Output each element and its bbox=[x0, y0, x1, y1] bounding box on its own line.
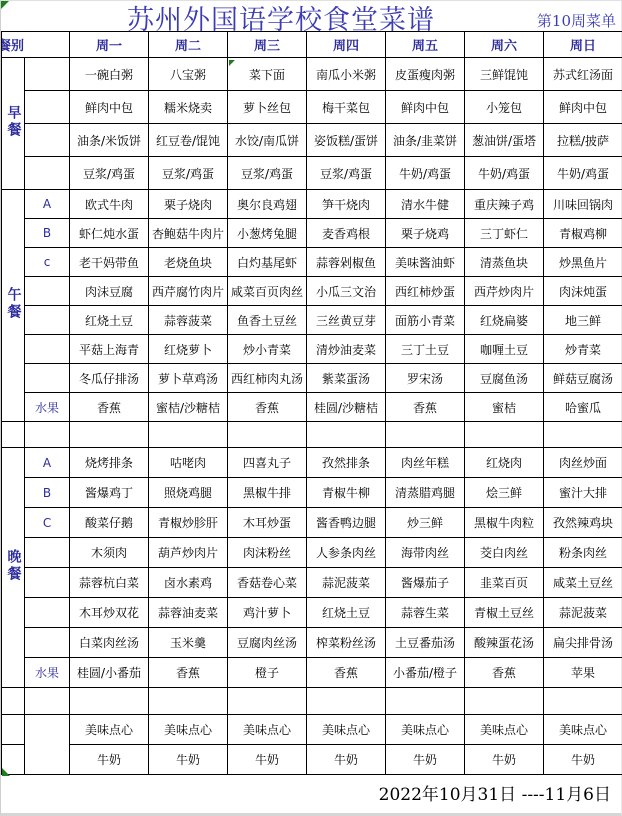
menu-cell: 蒜泥菠菜 bbox=[544, 598, 622, 628]
menu-cell: 烧烤排条 bbox=[70, 448, 149, 478]
menu-cell: 黑椒牛排 bbox=[228, 478, 307, 508]
menu-cell: 蒜蓉杭白菜 bbox=[70, 568, 149, 598]
menu-cell: 木耳炒双花 bbox=[70, 598, 149, 628]
menu-cell: 美味点心 bbox=[307, 715, 386, 745]
menu-cell bbox=[544, 688, 622, 715]
menu-cell: 鸡汁萝卜 bbox=[228, 598, 307, 628]
menu-row: 午餐A欧式牛肉栗子烧肉奥尔良鸡翅笋干烧肉清水牛健重庆辣子鸡川味回锅肉 bbox=[2, 190, 622, 219]
green-cell-marker-icon bbox=[229, 60, 235, 66]
menu-cell: 豆浆/鸡蛋 bbox=[307, 157, 386, 190]
menu-cell: 哈蜜瓜 bbox=[544, 393, 622, 422]
menu-row: 白菜肉丝汤玉米羹豆腐肉丝汤榨菜粉丝汤土豆番茄汤酸辣蛋花汤扁尖排骨汤 bbox=[2, 628, 622, 658]
menu-cell: 咖喱土豆 bbox=[465, 335, 544, 364]
menu-cell: 小番茄/橙子 bbox=[386, 658, 465, 688]
menu-cell: 拉糕/披萨 bbox=[544, 124, 622, 157]
menu-cell: 蒜泥菠菜 bbox=[307, 568, 386, 598]
meal-slot-label bbox=[25, 715, 70, 775]
meal-slot-label bbox=[25, 306, 70, 335]
menu-row bbox=[2, 688, 622, 715]
meal-slot-label bbox=[25, 628, 70, 658]
menu-cell: 肉丝年糕 bbox=[386, 448, 465, 478]
menu-cell: 水饺/南瓜饼 bbox=[228, 124, 307, 157]
menu-cell: 炒黑鱼片 bbox=[544, 248, 622, 277]
menu-cell: 重庆辣子鸡 bbox=[465, 190, 544, 219]
menu-row: 平菇上海青红烧萝卜炒小青菜清炒油麦菜三丁土豆咖喱土豆炒青菜 bbox=[2, 335, 622, 364]
menu-row: 木须肉葫芦炒肉片肉沫粉丝人参条肉丝海带肉丝茭白肉丝粉条肉丝 bbox=[2, 538, 622, 568]
green-corner-marker-icon bbox=[2, 768, 10, 776]
menu-cell: 豆浆/鸡蛋 bbox=[228, 157, 307, 190]
meal-section-label-text: 晚餐 bbox=[3, 549, 24, 583]
menu-cell: 蒜蓉菠菜 bbox=[149, 306, 228, 335]
menu-cell: 牛奶/鸡蛋 bbox=[544, 157, 622, 190]
menu-cell: 豆腐鱼汤 bbox=[465, 364, 544, 393]
menu-cell: 鲜肉中包 bbox=[386, 91, 465, 124]
menu-cell: 美味点心 bbox=[465, 715, 544, 745]
meal-slot-label bbox=[25, 58, 70, 91]
menu-cell: 菜下面 bbox=[228, 58, 307, 91]
menu-cell: 白菜肉丝汤 bbox=[70, 628, 149, 658]
menu-cell: 豆腐肉丝汤 bbox=[228, 628, 307, 658]
menu-cell: 牛奶 bbox=[465, 745, 544, 775]
menu-cell: 美味酱油虾 bbox=[386, 248, 465, 277]
menu-cell: 黑椒牛肉粒 bbox=[465, 508, 544, 538]
menu-cell: 木耳炒蛋 bbox=[228, 508, 307, 538]
menu-cell: 香蕉 bbox=[149, 658, 228, 688]
menu-cell: 咸菜百页肉丝 bbox=[228, 277, 307, 306]
menu-cell: 鲜菇豆腐汤 bbox=[544, 364, 622, 393]
menu-cell: 蒜蓉油麦菜 bbox=[149, 598, 228, 628]
meal-section-label-text: 早餐 bbox=[3, 105, 24, 139]
meal-section-label: 早餐 bbox=[2, 58, 25, 190]
menu-cell: 杏鲍菇牛肉片 bbox=[149, 219, 228, 248]
menu-cell: 炒青菜 bbox=[544, 335, 622, 364]
menu-cell: 南瓜小米粥 bbox=[307, 58, 386, 91]
meal-slot-label bbox=[25, 124, 70, 157]
green-corner-marker-icon bbox=[1, 1, 9, 9]
menu-row: 牛奶牛奶牛奶牛奶牛奶牛奶牛奶 bbox=[2, 745, 622, 775]
menu-cell: 桂圆/沙糖桔 bbox=[307, 393, 386, 422]
menu-cell: 鱼香土豆丝 bbox=[228, 306, 307, 335]
menu-cell: 红烧扁婆 bbox=[465, 306, 544, 335]
menu-cell: 清蒸腊鸡腿 bbox=[386, 478, 465, 508]
menu-cell: 三丝黄豆芽 bbox=[307, 306, 386, 335]
menu-cell: 美味点心 bbox=[228, 715, 307, 745]
menu-cell: 玉米羹 bbox=[149, 628, 228, 658]
menu-cell: 冬瓜仔排汤 bbox=[70, 364, 149, 393]
menu-row: 美味点心美味点心美味点心美味点心美味点心美味点心美味点心 bbox=[2, 715, 622, 745]
menu-cell: 粉条肉丝 bbox=[544, 538, 622, 568]
menu-cell: 糯米烧卖 bbox=[149, 91, 228, 124]
menu-cell: 皮蛋瘦肉粥 bbox=[386, 58, 465, 91]
menu-row: 早餐一碗白粥八宝粥菜下面南瓜小米粥皮蛋瘦肉粥三鲜馄饨苏式红汤面 bbox=[2, 58, 622, 91]
menu-cell bbox=[307, 688, 386, 715]
menu-cell: 老烧鱼块 bbox=[149, 248, 228, 277]
menu-cell: 紫菜蛋汤 bbox=[307, 364, 386, 393]
menu-cell: 肉沫粉丝 bbox=[228, 538, 307, 568]
menu-cell: 小笼包 bbox=[465, 91, 544, 124]
menu-cell: 笋干烧肉 bbox=[307, 190, 386, 219]
menu-cell: 虾仁炖水蛋 bbox=[70, 219, 149, 248]
menu-row: c老干妈带鱼老烧鱼块白灼基尾虾蒜蓉剁椒鱼美味酱油虾清蒸鱼块炒黑鱼片 bbox=[2, 248, 622, 277]
menu-cell: 榨菜粉丝汤 bbox=[307, 628, 386, 658]
menu-row: 红烧土豆蒜蓉菠菜鱼香土豆丝三丝黄豆芽面筋小青菜红烧扁婆地三鲜 bbox=[2, 306, 622, 335]
meal-slot-label bbox=[25, 598, 70, 628]
menu-cell: 西红柿炒蛋 bbox=[386, 277, 465, 306]
menu-cell: 豆浆/鸡蛋 bbox=[70, 157, 149, 190]
meal-slot-label bbox=[25, 688, 70, 715]
menu-cell: 炒三鲜 bbox=[386, 508, 465, 538]
menu-cell: 川味回锅肉 bbox=[544, 190, 622, 219]
menu-row: B酱爆鸡丁照烧鸡腿黑椒牛排青椒牛柳清蒸腊鸡腿烩三鲜蜜汁大排 bbox=[2, 478, 622, 508]
title-bar: 苏州外国语学校食堂菜谱 第10周菜单 bbox=[1, 1, 621, 31]
menu-cell bbox=[70, 422, 149, 448]
menu-cell: 橙子 bbox=[228, 658, 307, 688]
menu-cell: 酱爆鸡丁 bbox=[70, 478, 149, 508]
meal-slot-label: B bbox=[25, 478, 70, 508]
menu-cell: 酸辣蛋花汤 bbox=[465, 628, 544, 658]
menu-cell: 卤水素鸡 bbox=[149, 568, 228, 598]
meal-section-label: 晚餐 bbox=[2, 448, 25, 688]
menu-cell bbox=[386, 422, 465, 448]
menu-cell: 茭白肉丝 bbox=[465, 538, 544, 568]
menu-cell: 清水牛健 bbox=[386, 190, 465, 219]
menu-cell: 牛奶/鸡蛋 bbox=[465, 157, 544, 190]
meal-slot-label: 水果 bbox=[25, 393, 70, 422]
menu-cell: 鲜肉中包 bbox=[70, 91, 149, 124]
menu-cell: 红豆卷/馄饨 bbox=[149, 124, 228, 157]
menu-cell: 油条/韭菜饼 bbox=[386, 124, 465, 157]
meal-slot-label: B bbox=[25, 219, 70, 248]
menu-row: 木耳炒双花蒜蓉油麦菜鸡汁萝卜红烧土豆蒜蓉生菜青椒土豆丝蒜泥菠菜 bbox=[2, 598, 622, 628]
menu-cell bbox=[228, 422, 307, 448]
meal-slot-label bbox=[25, 422, 70, 448]
menu-cell bbox=[149, 422, 228, 448]
menu-cell: 牛奶 bbox=[307, 745, 386, 775]
meal-slot-label: c bbox=[25, 248, 70, 277]
menu-cell: 梅干菜包 bbox=[307, 91, 386, 124]
meal-slot-label bbox=[25, 277, 70, 306]
menu-cell: 牛奶 bbox=[228, 745, 307, 775]
menu-cell: 红烧肉 bbox=[465, 448, 544, 478]
menu-row: 豆浆/鸡蛋豆浆/鸡蛋豆浆/鸡蛋豆浆/鸡蛋牛奶/鸡蛋牛奶/鸡蛋牛奶/鸡蛋 bbox=[2, 157, 622, 190]
menu-cell bbox=[149, 688, 228, 715]
menu-cell: 平菇上海青 bbox=[70, 335, 149, 364]
meal-slot-label bbox=[25, 364, 70, 393]
menu-cell bbox=[70, 688, 149, 715]
menu-cell: 烩三鲜 bbox=[465, 478, 544, 508]
menu-cell: 萝卜草鸡汤 bbox=[149, 364, 228, 393]
menu-cell: 酱香鸭边腿 bbox=[307, 508, 386, 538]
menu-cell: 香蕉 bbox=[70, 393, 149, 422]
menu-cell: 香蕉 bbox=[307, 658, 386, 688]
menu-cell: 牛奶 bbox=[149, 745, 228, 775]
menu-cell: 欧式牛肉 bbox=[70, 190, 149, 219]
menu-cell: 三丁虾仁 bbox=[465, 219, 544, 248]
menu-cell: 蜜桔 bbox=[465, 393, 544, 422]
menu-cell: 美味点心 bbox=[544, 715, 622, 745]
menu-cell: 八宝粥 bbox=[149, 58, 228, 91]
menu-cell: 香蕉 bbox=[386, 393, 465, 422]
menu-cell: 牛奶 bbox=[386, 745, 465, 775]
menu-cell: 蜜桔/沙糖桔 bbox=[149, 393, 228, 422]
menu-cell: 孜然辣鸡块 bbox=[544, 508, 622, 538]
menu-cell: 香蕉 bbox=[228, 393, 307, 422]
menu-cell: 咸菜土豆丝 bbox=[544, 568, 622, 598]
menu-row: 肉沫豆腐西芹腐竹肉片咸菜百页肉丝小瓜三文治西红柿炒蛋西芹炒肉片肉沫炖蛋 bbox=[2, 277, 622, 306]
menu-cell: 扁尖排骨汤 bbox=[544, 628, 622, 658]
menu-cell: 姿饭糕/蛋饼 bbox=[307, 124, 386, 157]
menu-cell: 炒小青菜 bbox=[228, 335, 307, 364]
menu-cell: 桂圆/小番茄 bbox=[70, 658, 149, 688]
menu-cell: 葫芦炒肉片 bbox=[149, 538, 228, 568]
menu-cell: 奥尔良鸡翅 bbox=[228, 190, 307, 219]
menu-cell: 三丁土豆 bbox=[386, 335, 465, 364]
menu-cell: 苹果 bbox=[544, 658, 622, 688]
meal-section-label bbox=[2, 715, 25, 745]
date-range: 2022年10月31日 ----11月6日 bbox=[379, 780, 611, 805]
meal-slot-label bbox=[25, 568, 70, 598]
meal-slot-label bbox=[25, 157, 70, 190]
menu-cell: 面筋小青菜 bbox=[386, 306, 465, 335]
menu-cell: 红烧土豆 bbox=[70, 306, 149, 335]
menu-cell: 三鲜馄饨 bbox=[465, 58, 544, 91]
menu-cell bbox=[307, 422, 386, 448]
menu-row: C酸菜仔鹅青椒炒胗肝木耳炒蛋酱香鸭边腿炒三鲜黑椒牛肉粒孜然辣鸡块 bbox=[2, 508, 622, 538]
menu-cell: 香菇卷心菜 bbox=[228, 568, 307, 598]
menu-row: 蒜蓉杭白菜卤水素鸡香菇卷心菜蒜泥菠菜酱爆茄子韭菜百页咸菜土豆丝 bbox=[2, 568, 622, 598]
menu-cell: 木须肉 bbox=[70, 538, 149, 568]
menu-cell: 四喜丸子 bbox=[228, 448, 307, 478]
menu-cell: 韭菜百页 bbox=[465, 568, 544, 598]
meal-section-label: 午餐 bbox=[2, 190, 25, 422]
menu-cell: 蒜蓉剁椒鱼 bbox=[307, 248, 386, 277]
menu-cell: 小葱烤兔腿 bbox=[228, 219, 307, 248]
menu-cell: 白灼基尾虾 bbox=[228, 248, 307, 277]
menu-row: B虾仁炖水蛋杏鲍菇牛肉片小葱烤兔腿麦香鸡根栗子烧鸡三丁虾仁青椒鸡柳 bbox=[2, 219, 622, 248]
menu-cell: 土豆番茄汤 bbox=[386, 628, 465, 658]
menu-cell: 红烧土豆 bbox=[307, 598, 386, 628]
meal-section-label bbox=[2, 422, 25, 448]
meal-section-label bbox=[2, 688, 25, 715]
meal-slot-label bbox=[25, 335, 70, 364]
menu-cell: 西芹腐竹肉片 bbox=[149, 277, 228, 306]
menu-cell: 西芹炒肉片 bbox=[465, 277, 544, 306]
menu-cell: 苏式红汤面 bbox=[544, 58, 622, 91]
menu-cell: 肉沫豆腐 bbox=[70, 277, 149, 306]
menu-cell: 葱油饼/蛋塔 bbox=[465, 124, 544, 157]
menu-cell: 小瓜三文治 bbox=[307, 277, 386, 306]
menu-table: 餐别周一周二周三周四周五周六周日 早餐一碗白粥八宝粥菜下面南瓜小米粥皮蛋瘦肉粥三… bbox=[1, 31, 622, 775]
menu-cell: 一碗白粥 bbox=[70, 58, 149, 91]
menu-cell bbox=[386, 688, 465, 715]
menu-cell: 清炒油麦菜 bbox=[307, 335, 386, 364]
menu-cell bbox=[465, 422, 544, 448]
menu-cell: 牛奶/鸡蛋 bbox=[386, 157, 465, 190]
menu-cell: 咕咾肉 bbox=[149, 448, 228, 478]
menu-cell: 油条/米饭饼 bbox=[70, 124, 149, 157]
menu-cell: 香蕉 bbox=[465, 658, 544, 688]
menu-cell: 萝卜丝包 bbox=[228, 91, 307, 124]
menu-cell: 栗子烧肉 bbox=[149, 190, 228, 219]
menu-cell: 牛奶 bbox=[544, 745, 622, 775]
menu-cell bbox=[544, 422, 622, 448]
meal-slot-label bbox=[25, 91, 70, 124]
menu-sheet: 苏州外国语学校食堂菜谱 第10周菜单 餐别周一周二周三周四周五周六周日 早餐一碗… bbox=[0, 0, 622, 816]
week-label: 第10周菜单 bbox=[537, 10, 616, 31]
menu-cell: 牛奶 bbox=[70, 745, 149, 775]
menu-table-body: 早餐一碗白粥八宝粥菜下面南瓜小米粥皮蛋瘦肉粥三鲜馄饨苏式红汤面鲜肉中包糯米烧卖萝… bbox=[2, 58, 622, 775]
menu-cell: 人参条肉丝 bbox=[307, 538, 386, 568]
meal-slot-label: A bbox=[25, 448, 70, 478]
menu-cell: 蒜蓉生菜 bbox=[386, 598, 465, 628]
menu-row: 鲜肉中包糯米烧卖萝卜丝包梅干菜包鲜肉中包小笼包鲜肉中包 bbox=[2, 91, 622, 124]
menu-cell: 地三鲜 bbox=[544, 306, 622, 335]
meal-slot-label bbox=[25, 538, 70, 568]
menu-cell: 罗宋汤 bbox=[386, 364, 465, 393]
menu-cell: 美味点心 bbox=[70, 715, 149, 745]
menu-row: 水果桂圆/小番茄香蕉橙子香蕉小番茄/橙子香蕉苹果 bbox=[2, 658, 622, 688]
menu-cell: 孜然排条 bbox=[307, 448, 386, 478]
menu-cell: 西红柿肉丸汤 bbox=[228, 364, 307, 393]
menu-row: 水果香蕉蜜桔/沙糖桔香蕉桂圆/沙糖桔香蕉蜜桔哈蜜瓜 bbox=[2, 393, 622, 422]
page-title: 苏州外国语学校食堂菜谱 bbox=[1, 0, 561, 37]
menu-cell: 红烧萝卜 bbox=[149, 335, 228, 364]
menu-cell: 酱爆茄子 bbox=[386, 568, 465, 598]
meal-slot-label: 水果 bbox=[25, 658, 70, 688]
menu-cell: 豆浆/鸡蛋 bbox=[149, 157, 228, 190]
menu-cell: 照烧鸡腿 bbox=[149, 478, 228, 508]
menu-row bbox=[2, 422, 622, 448]
menu-cell: 肉丝炒面 bbox=[544, 448, 622, 478]
menu-cell: 蜜汁大排 bbox=[544, 478, 622, 508]
menu-cell: 鲜肉中包 bbox=[544, 91, 622, 124]
menu-cell: 青椒鸡柳 bbox=[544, 219, 622, 248]
menu-cell: 清蒸鱼块 bbox=[465, 248, 544, 277]
menu-cell: 海带肉丝 bbox=[386, 538, 465, 568]
menu-cell: 栗子烧鸡 bbox=[386, 219, 465, 248]
menu-cell: 青椒牛柳 bbox=[307, 478, 386, 508]
menu-cell: 美味点心 bbox=[149, 715, 228, 745]
menu-row: 晚餐A烧烤排条咕咾肉四喜丸子孜然排条肉丝年糕红烧肉肉丝炒面 bbox=[2, 448, 622, 478]
meal-slot-label: C bbox=[25, 508, 70, 538]
meal-slot-label: A bbox=[25, 190, 70, 219]
menu-cell: 美味点心 bbox=[386, 715, 465, 745]
menu-cell: 麦香鸡根 bbox=[307, 219, 386, 248]
menu-cell bbox=[228, 688, 307, 715]
menu-cell: 酸菜仔鹅 bbox=[70, 508, 149, 538]
menu-cell: 青椒土豆丝 bbox=[465, 598, 544, 628]
menu-cell: 肉沫炖蛋 bbox=[544, 277, 622, 306]
menu-row: 油条/米饭饼红豆卷/馄饨水饺/南瓜饼姿饭糕/蛋饼油条/韭菜饼葱油饼/蛋塔拉糕/披… bbox=[2, 124, 622, 157]
menu-cell: 青椒炒胗肝 bbox=[149, 508, 228, 538]
menu-cell: 老干妈带鱼 bbox=[70, 248, 149, 277]
menu-cell bbox=[465, 688, 544, 715]
meal-section-label-text: 午餐 bbox=[3, 287, 24, 321]
menu-row: 冬瓜仔排汤萝卜草鸡汤西红柿肉丸汤紫菜蛋汤罗宋汤豆腐鱼汤鲜菇豆腐汤 bbox=[2, 364, 622, 393]
